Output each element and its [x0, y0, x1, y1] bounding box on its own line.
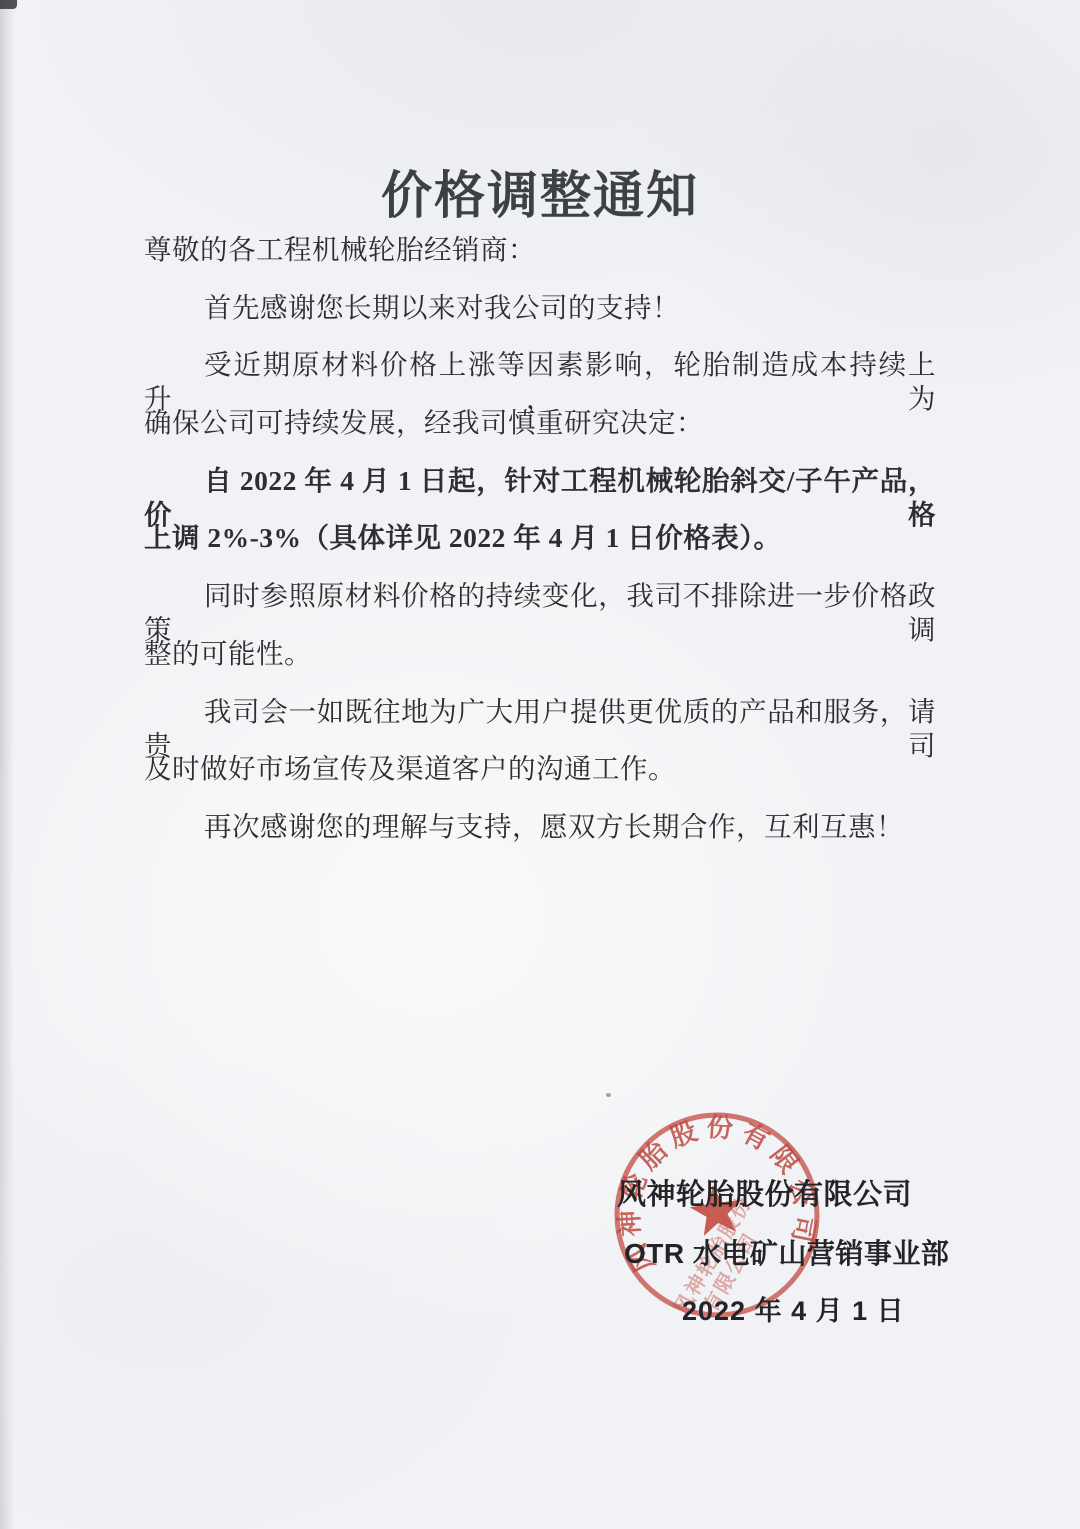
photo-corner-artifact — [0, 0, 17, 9]
signature-date: 2022 年 4 月 1 日 — [682, 1289, 905, 1328]
notice-line: 我司会一如既往地为广大用户提供更优质的产品和服务，请贵司 — [144, 695, 936, 753]
signature-company: 风神轮胎股份有限公司 — [617, 1172, 912, 1213]
notice-body: 尊敬的各工程机械轮胎经销商： 首先感谢您长期以来对我公司的支持！ 受近期原材料价… — [144, 233, 936, 868]
notice-line: 自 2022 年 4 月 1 日起，针对工程机械轮胎斜交/子午产品，价格 — [144, 464, 936, 522]
signature-department: OTR 水电矿山营销事业部 — [624, 1232, 949, 1272]
notice-line: 同时参照原材料价格的持续变化，我司不排除进一步价格政策调 — [144, 579, 936, 637]
notice-line: 受近期原材料价格上涨等因素影响，轮胎制造成本持续上升，为 — [144, 348, 936, 406]
photo-speck-artifact — [606, 1093, 611, 1097]
notice-line: 再次感谢您的理解与支持，愿双方长期合作，互利互惠！ — [144, 810, 936, 868]
notice-title: 价格调整通知 — [0, 154, 1080, 228]
document-page: 价格调整通知 尊敬的各工程机械轮胎经销商： 首先感谢您长期以来对我公司的支持！ … — [0, 0, 1080, 1529]
notice-line: 首先感谢您长期以来对我公司的支持！ — [144, 291, 936, 349]
notice-line-salutation: 尊敬的各工程机械轮胎经销商： — [144, 233, 936, 291]
